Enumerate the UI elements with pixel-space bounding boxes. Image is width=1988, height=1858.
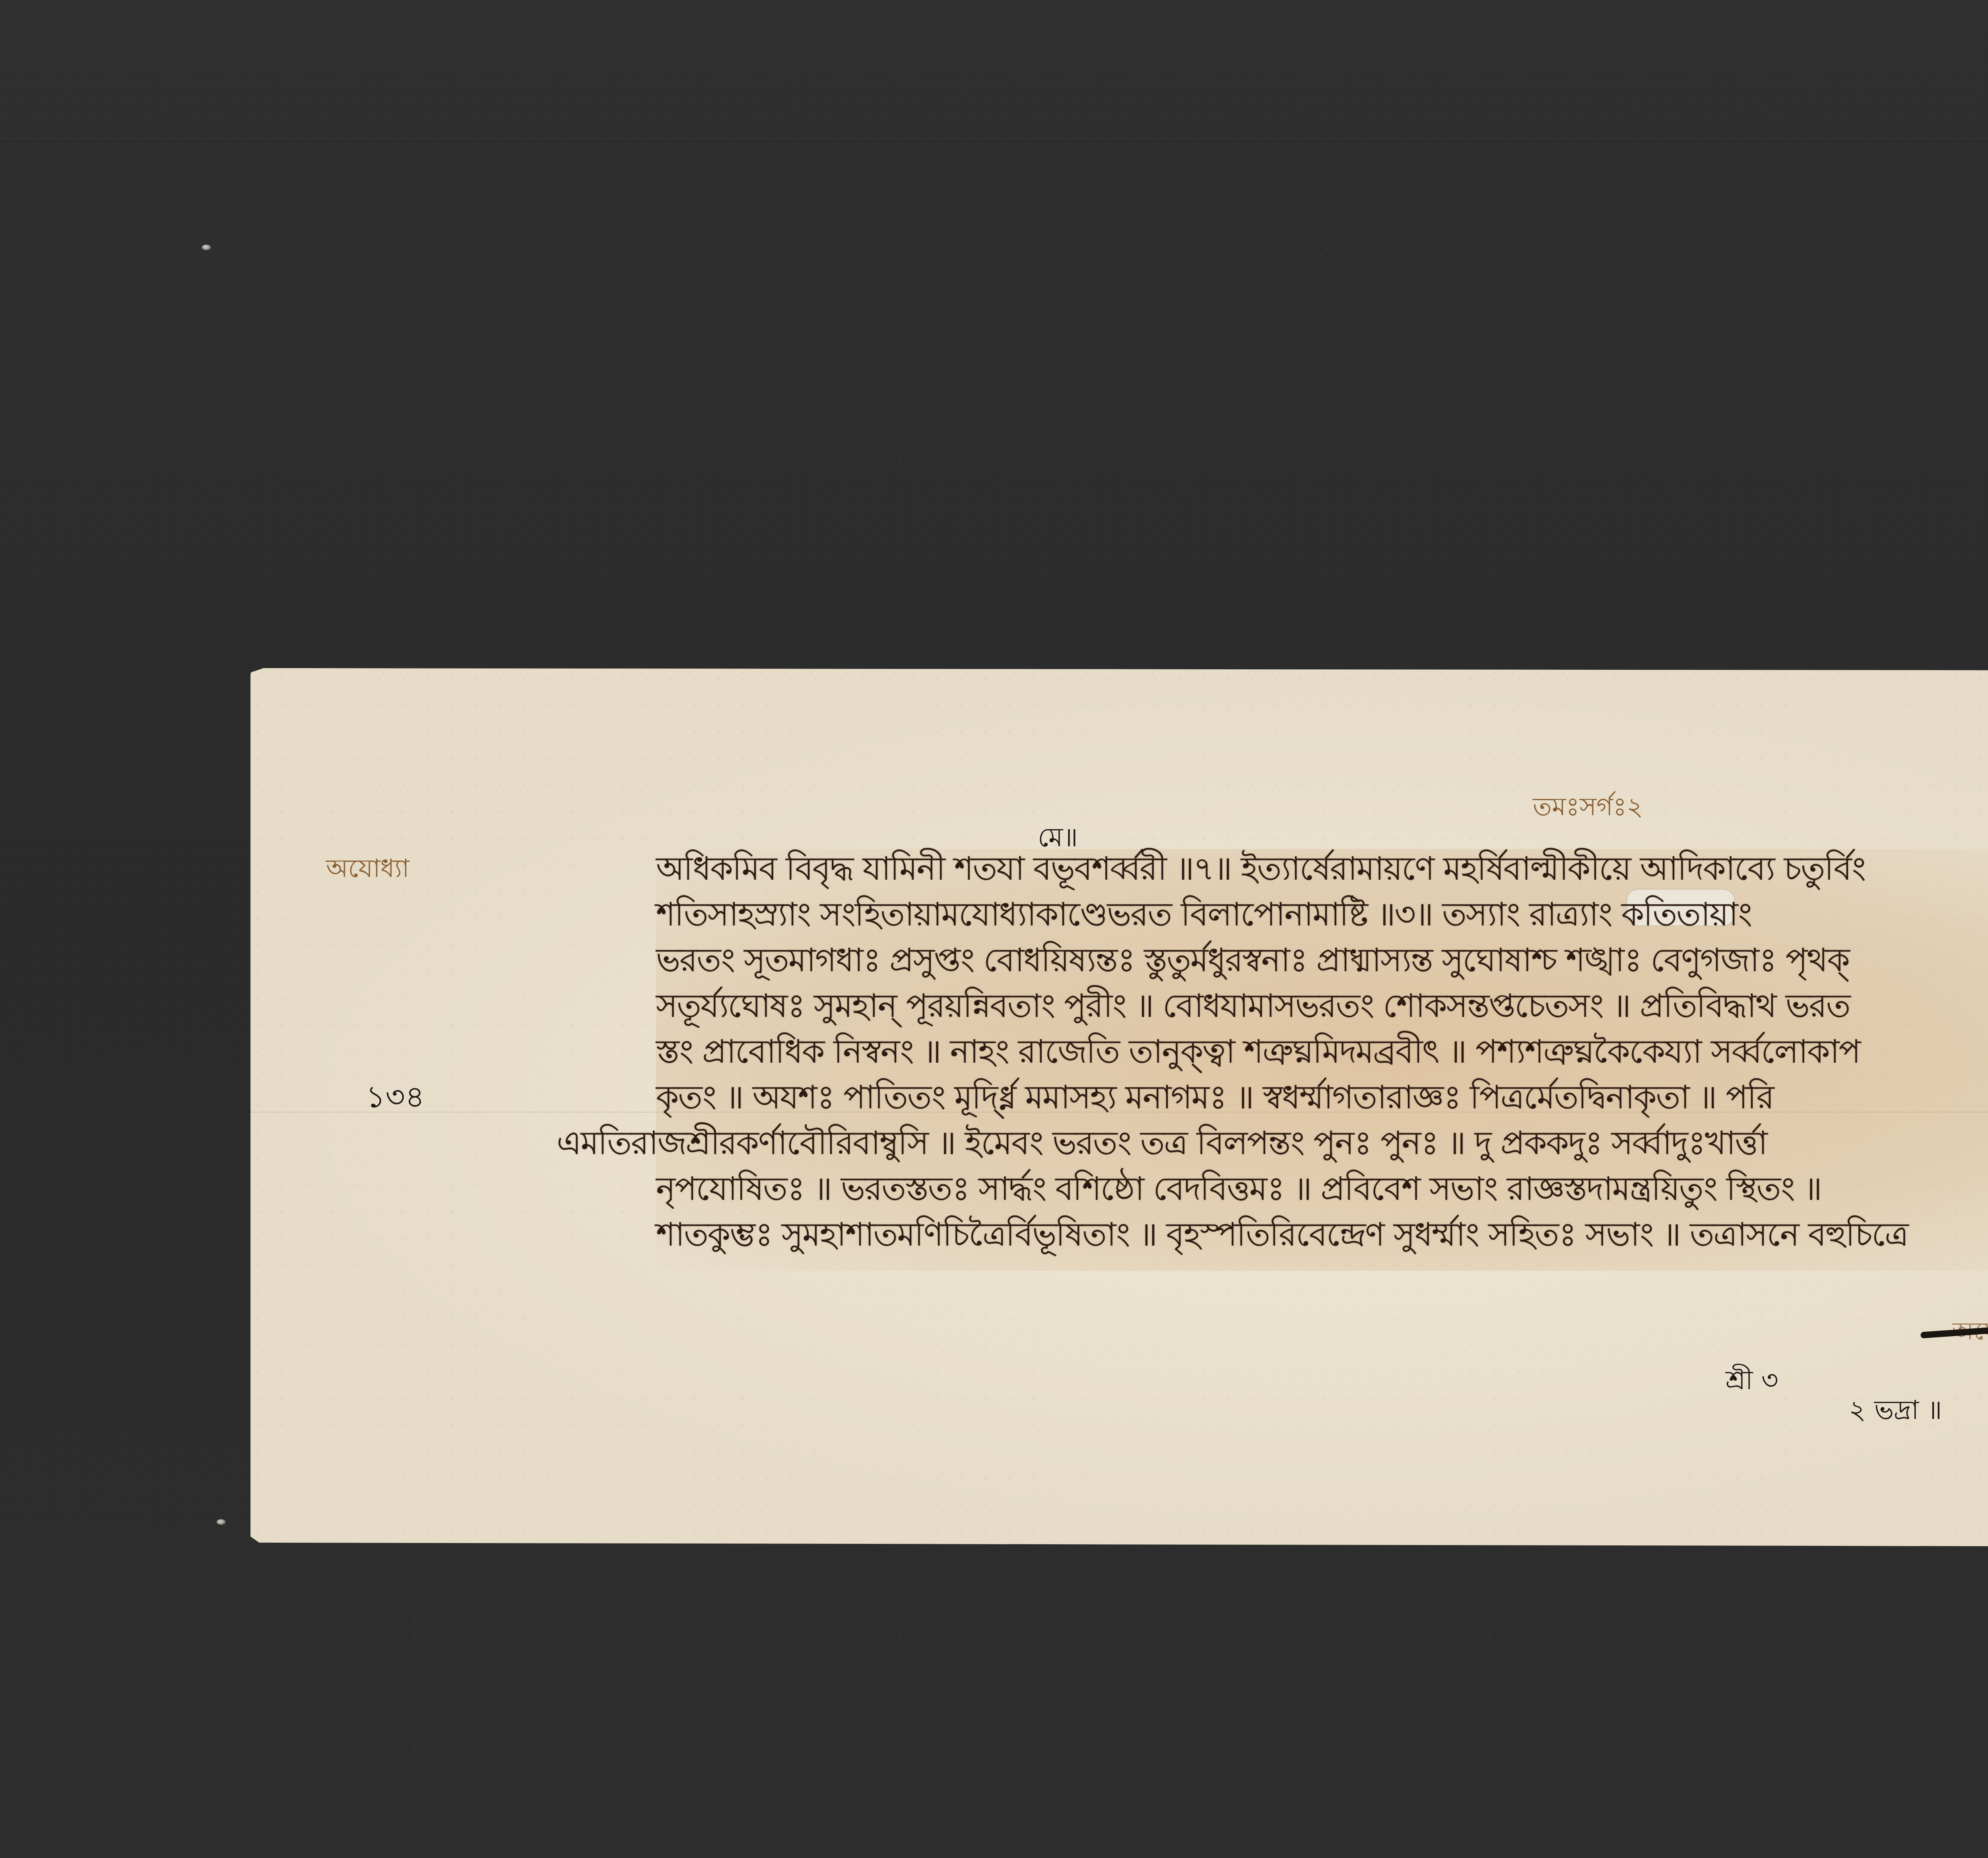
text-line-4: সতূর্য্যঘোষঃ সুমহান্ পূরয়ন্নিবতাং পুরীং…: [656, 986, 1850, 1026]
text-line-6: কৃতং ॥ অযশঃ পাতিতং মূর্দ্ধ্নি মমাসহ্য মন…: [656, 1078, 1774, 1118]
text-line-5: স্তং প্রাবোধিক নিস্বনং ॥ নাহং রাজেতি তান…: [656, 1032, 1860, 1072]
text-line-7: এমতিরাজশ্রীরকর্ণাবৌরিবাম্বুসি ॥ ইমেবং ভর…: [557, 1123, 1767, 1163]
text-line-3: ভরতং সূতমাগধাঃ প্রসুপ্তং বোধয়িষ্যন্তঃ স…: [656, 941, 1849, 980]
left-folio-number: ১৩৪: [366, 1074, 425, 1124]
left-margin-title: অযোধ্যা: [326, 849, 410, 892]
chapter-heading: তমঃসর্গঃ২: [1533, 787, 1643, 830]
text-line-1: অধিকমিব বিবৃদ্ধ যামিনী শতযা বভূবশর্ব্বরী…: [656, 849, 1865, 889]
background-speck: [217, 1519, 225, 1525]
manuscript-folio: তমঃসর্গঃ২ মে॥ অযোধ্যা ১৩৪ ২৬ অধিকমিব বিব…: [250, 668, 1988, 1547]
text-line-8: নৃপযোষিতঃ ॥ ভরতস্ততঃ সার্দ্ধং বশিষ্ঠো বে…: [656, 1169, 1821, 1209]
bottom-note-1: শ্রী ৩: [1726, 1360, 1778, 1404]
text-line-9: শাতকুম্ভঃ সুমহাশাতমণিচিত্রৈর্বিভূষিতাং ॥…: [656, 1215, 1908, 1255]
bottom-note-2: ২ ভদ্রা ॥: [1849, 1390, 1942, 1434]
background-fold-line: [0, 141, 1988, 142]
text-line-2: শতিসাহস্র্যাং সংহিতায়ামযোধ্যাকাণ্ডেভরত …: [656, 895, 1751, 935]
background-speck: [202, 245, 211, 250]
